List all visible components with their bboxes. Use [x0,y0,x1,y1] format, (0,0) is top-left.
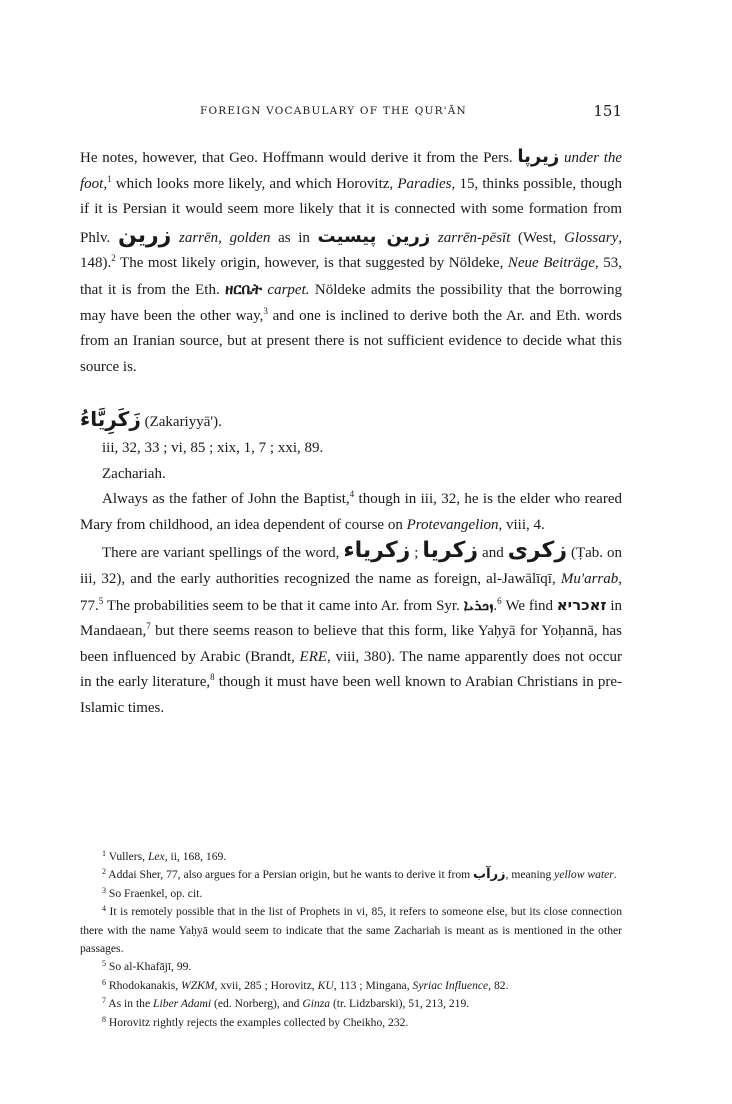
running-head: Foreign Vocabulary of the Qur'ān 151 [200,103,622,123]
footnotes: 1 Vullers, Lex, ii, 168, 169. 2 Addai Sh… [80,848,622,1032]
pahlavi-zarren-pesit: زرین پیسیت [318,226,431,247]
page-number: 151 [593,102,622,120]
arabic-variant-1: زكرياء [343,538,410,563]
footnote-5: 5 So al-Khafājī, 99. [80,958,622,976]
entry-transliteration: (Zakariyyā'). [145,414,222,430]
footnote-8: 8 Horovitz rightly rejects the examples … [80,1014,622,1032]
arabic-variant-3: زكرى [508,538,567,563]
arabic-zirpa: زيرپا [517,146,559,167]
footnote-7: 7 As in the Liber Adami (ed. Norberg), a… [80,995,622,1013]
main-text: He notes, however, that Geo. Hoffmann wo… [80,144,622,721]
pahlavi-zarren: زرین [118,223,171,248]
paragraph-hoffmann: He notes, however, that Geo. Hoffmann wo… [80,144,622,380]
entry-meaning: Zachariah. [80,462,622,488]
arabic-variant-2: زكريا [422,538,478,563]
paragraph-father-of-john: Always as the father of John the Baptist… [80,487,622,538]
entry-references: iii, 32, 33 ; vi, 85 ; xix, 1, 7 ; xxi, … [80,436,622,462]
entry-heading: زَكَرِيَّاءُ (Zakariyyā'). [80,407,622,436]
footnote-4: 4 It is remotely possible that in the li… [80,903,622,958]
ethiopic-zarbet: ዘርቤት [225,280,262,298]
arabic-zarab: زرآب [473,867,506,882]
footnote-6: 6 Rhodokanakis, WZKM, xvii, 285 ; Horovi… [80,977,622,995]
syriac-word: ܙܟܪܝܐ [464,596,494,614]
footnote-3: 3 So Fraenkel, op. cit. [80,885,622,903]
entry-arabic-headword: زَكَرِيَّاءُ [80,407,141,431]
paragraph-variant-spellings: There are variant spellings of the word,… [80,538,622,721]
footnote-1: 1 Vullers, Lex, ii, 168, 169. [80,848,622,866]
running-head-title: Foreign Vocabulary of the Qur'ān [200,105,467,117]
footnote-2: 2 Addai Sher, 77, also argues for a Pers… [80,866,622,884]
mandaean-word: זאכריא [557,596,607,614]
